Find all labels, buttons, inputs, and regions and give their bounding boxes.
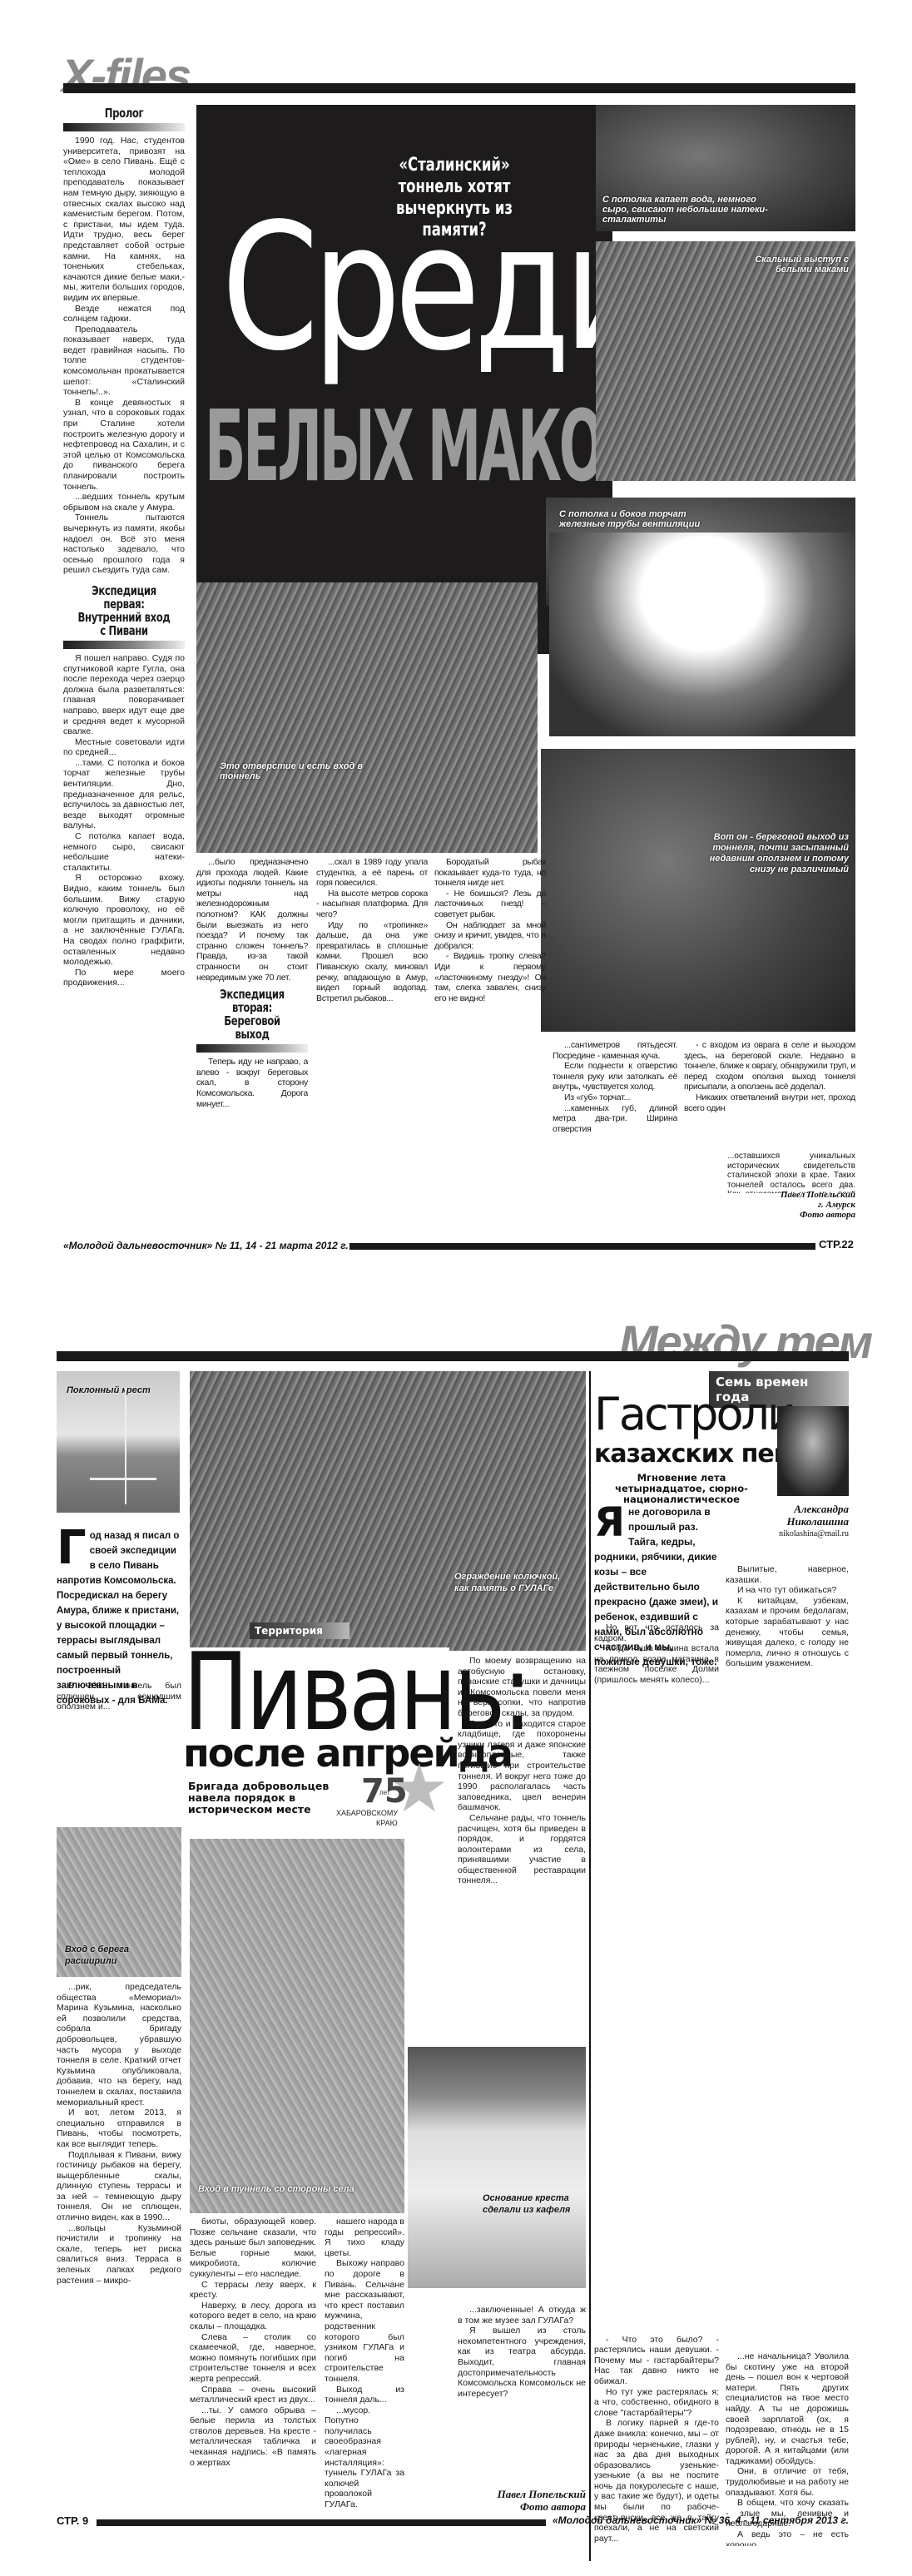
paragraph: Теперь иду не направо, а влево - вокруг … (196, 1057, 308, 1109)
paragraph: биоты, образующей ковер. Позже сельчане … (190, 2217, 316, 2280)
photo-credit: Фото автора (727, 1210, 855, 1220)
photo-shore-exit: Вот он - береговой выход из тоннеля, поч… (541, 749, 855, 1032)
badge-line1: ХАБАРОВСКОМУ (336, 1809, 398, 1817)
right-article-col1: Но вот что осталось за кадром. Когда наш… (594, 1622, 719, 2546)
paragraph: Бородатый рыбак показывает куда-то туда,… (434, 857, 546, 889)
paragraph: Преподаватель показывает наверх, туда ве… (63, 324, 185, 398)
paragraph: ...каменных губ, длиной метра два-три. Ш… (553, 1103, 677, 1135)
anniversary-badge: ★ 75 лет ХАБАРОВСКОМУ КРАЮ (331, 1772, 448, 1830)
paragraph: В 2011 тоннель был сплющен сошедшим опол… (57, 1681, 181, 1712)
caption-cross-base: Основание креста сделали из кафеля (483, 2192, 574, 2216)
paragraph: - с входом из оврага в селе и выходом зд… (684, 1040, 855, 1092)
paragraph: ...заключенные! А откуда ж в том же музе… (458, 2305, 586, 2326)
byline-page2-left: Павел Попельский Фото автора (458, 2488, 586, 2513)
photo-entrance: Это отверстие и есть вход в тоннель (196, 582, 538, 853)
paragraph: Наверху, в лесу, дорога из которого веде… (190, 2301, 316, 2332)
author-email[interactable]: nikolashina@mail.ru (749, 1528, 849, 1540)
paragraph: ...тами. С потолка и боков торчат железн… (63, 758, 185, 831)
paragraph: Если поднести к отверстию тоннеля руку и… (553, 1061, 677, 1092)
paragraph: ...мусор. Попутно получилась своеобразна… (325, 2405, 404, 2510)
paragraph: Слева – столик со скамеечкой, где, навер… (190, 2332, 316, 2385)
paragraph: С потолка капает вода, немного сыро, сви… (63, 831, 185, 873)
prologue-column: Пролог 1990 год. Нас, студентов универси… (63, 102, 185, 1216)
dropcap-g: Г (57, 1529, 87, 1568)
paragraph: Везде нежатся под солнцем гадюки. (63, 304, 185, 324)
caption-poppies: Скальный выступ с белыми маками (749, 255, 849, 275)
photo-shore-entrance: Вход с берега расширили (57, 1827, 181, 1977)
caption-stalactites: С потолка капает вода, немного сыро, сви… (602, 195, 769, 225)
author-name: Павел Попельский (727, 1190, 855, 1200)
byline-page1: Павел Попельский г. Амурск Фото автора (727, 1190, 855, 1220)
paragraph: - Видишь тропку слева? Иди к первому «ла… (434, 951, 546, 1003)
author-name: Павел Попельский (458, 2488, 586, 2500)
paragraph: Выход из тоннеля даль... (325, 2385, 404, 2405)
caption-cross: Поклонный крест (67, 1385, 151, 1396)
paragraph: Выхожу направо по дороге в Пивань. Сельч… (325, 2258, 404, 2384)
column-right-a: ...сантиметров пятьдесят. Посредине - ка… (553, 1040, 677, 1215)
paragraph: - Что это было? - растерялись наши девуш… (594, 2335, 719, 2387)
paragraph: И вот, летом 2013, я специально отправил… (57, 2108, 181, 2149)
footer-page-number-page1: СТР.22 (819, 1238, 854, 1251)
column-right-b: - с входом из оврага в селе и выходом зд… (684, 1040, 855, 1147)
paragraph: Вылитые, наверное, казашки. (726, 1564, 849, 1585)
paragraph: Там - то и находится старое кладбище, гд… (458, 1719, 586, 1813)
paragraph: К китайцам, узбекам, казахам и прочим бе… (726, 1596, 849, 1669)
photo-tunnel-arch (549, 533, 855, 736)
paragraph: ...вольцы Кузьминой почистили и тропинку… (57, 2223, 181, 2286)
paragraph: По моему возвращению на автобусную остан… (458, 1656, 586, 1719)
photo-poppies: Скальный выступ с белыми маками (596, 241, 855, 481)
paragraph: Из «губ» торчат... (553, 1092, 677, 1103)
paragraph: Он наблюдает за мной снизу и кричит, уви… (434, 920, 546, 952)
footer-rule-page1 (349, 1243, 815, 1250)
column-middle-c: Бородатый рыбак показывает куда-то туда,… (434, 857, 546, 1215)
dropcap-ya: Я (594, 1506, 625, 1539)
paragraph: ...ведших тоннель крутым обрывом на скал… (63, 492, 185, 513)
paragraph: ...скал в 1989 году упала студентка, а е… (316, 857, 428, 889)
paragraph: Но тут уже растерялась я: а что, собстве… (594, 2387, 719, 2419)
badge-unit: лет (379, 1789, 390, 1796)
caption-shore-entrance: Вход с берега расширили (65, 1944, 181, 1967)
badge-line2: КРАЮ (376, 1819, 398, 1827)
left-article-col3: нашего народа в годы репрессий». Я тихо … (325, 2217, 404, 2549)
section-title-xfiles: X-files (62, 48, 190, 102)
left-article-col4-bottom: ...заключенные! А откуда ж в том же музе… (458, 2305, 586, 2455)
paragraph: Сельчане рады, что тоннель расчищен, хот… (458, 1813, 586, 1886)
expedition1-heading: Экспедиция первая: Внутренний вход с Пив… (77, 584, 171, 637)
paragraph: А ведь это – не есть хорошо. (726, 2529, 849, 2546)
paragraph: Никаких ответвлений внутри нет, проход в… (684, 1092, 855, 1113)
article-divider (589, 1371, 591, 2561)
paragraph: В конце девяностых я узнал, что в сороко… (63, 398, 185, 492)
author-block: Александра Николашина nikolashina@mail.r… (749, 1503, 849, 1540)
photo-stalactites: С потолка капает вода, немного сыро, сви… (596, 105, 855, 231)
expedition1-divider (63, 641, 185, 649)
footer-publication-page1: «Молодой дальневосточник» № 11, 14 - 21 … (63, 1240, 349, 1251)
right-article-col2: Вылитые, наверное, казашки. И на что тут… (726, 1564, 849, 2546)
author-portrait (777, 1406, 849, 1496)
photo-cross: Поклонный крест (57, 1371, 180, 1513)
author-name-line1: Александра (749, 1503, 849, 1515)
paragraph: С террасы лезу вверх, к кресту. (190, 2280, 316, 2301)
photo-credit: Фото автора (458, 2500, 586, 2513)
prologue-divider (63, 123, 185, 131)
paragraph: Подплывая к Пивани, вижу гостиницу рыбак… (57, 2150, 181, 2223)
left-article-col4: По моему возвращению на автобусную остан… (458, 1656, 586, 2039)
paragraph: ...было предназначено для прохода людей.… (196, 857, 308, 983)
paragraph: ...ты. У самого обрыва – белые перила из… (190, 2405, 316, 2469)
expedition2-divider (196, 1044, 308, 1053)
paragraph: Я осторожно вхожу. Видно, каким тоннель … (63, 873, 185, 967)
author-city: г. Амурск (727, 1200, 855, 1210)
paragraph: Иду по «тропинке» дальше, да она уже пре… (316, 920, 428, 1004)
paragraph: Когда наша машина встала на прикол возле… (594, 1643, 719, 1685)
caption-shore-exit: Вот он - береговой выход из тоннеля, поч… (682, 832, 849, 875)
photo-village-entrance: Вход в туннель со стороны села (190, 1839, 404, 2213)
headline-gastroli: Гастроли (594, 1391, 769, 1438)
prologue-heading: Пролог (77, 107, 171, 120)
left-article-col1: ...рик, председатель общества «Мемориал»… (57, 1982, 181, 2548)
paragraph: ...не начальница? Уволила бы скотину уже… (726, 2351, 849, 2467)
column-middle-b: ...скал в 1989 году упала студентка, а е… (316, 857, 428, 1215)
footer-page-number-page2: СТР. 9 (57, 2514, 88, 2527)
paragraph: - Не боишься? Лезь до ласточкиных гнезд!… (434, 889, 546, 920)
paragraph: На высоте метров сорока - насыпная платф… (316, 889, 428, 920)
paragraph: Справа – очень высокий металлический кре… (190, 2385, 316, 2405)
paragraph: Тоннель пытаются вычеркнуть из памяти, я… (63, 513, 185, 576)
headline-belyh-makov: белых маков (205, 396, 641, 496)
photo-barbed-wire: Ограждение колючкой, как память о ГУЛАГе (190, 1371, 586, 1651)
column-middle-a: ...было предназначено для прохода людей.… (196, 857, 308, 1215)
paragraph: нашего народа в годы репрессий». Я тихо … (325, 2217, 404, 2258)
paragraph: Я пошел направо. Судя по спутниковой кар… (63, 653, 185, 737)
author-name-line2: Николашина (749, 1515, 849, 1528)
header-rule-page2 (57, 1351, 849, 1361)
footer-publication-page2: «Молодой дальневосточник» № 36, 4 - 11 с… (553, 2514, 849, 2526)
left-article-col1-top: В 2011 тоннель был сплющен сошедшим опол… (57, 1681, 181, 1747)
paragraph: По мере моего продвижения... (63, 968, 185, 988)
caption-village-entrance: Вход в туннель со стороны села (198, 2183, 354, 2195)
expedition2-heading: Экспедиция вторая: Береговой выход (209, 988, 296, 1041)
footer-rule-page2 (97, 2519, 546, 2526)
headline-sredi: Среди (221, 205, 648, 371)
caption-entrance: Это отверстие и есть вход в тоннель (220, 761, 369, 781)
paragraph: ...сантиметров пятьдесят. Посредине - ка… (553, 1040, 677, 1061)
closing-paragraph: ...оставшихся уникальных исторических св… (727, 1152, 855, 1193)
cross-shape-vertical (125, 1388, 126, 1504)
paragraph: ...рик, председатель общества «Мемориал»… (57, 1982, 181, 2108)
paragraph: И на что тут обижаться? (726, 1585, 849, 1596)
header-rule (63, 83, 855, 93)
paragraph: Они, в отличие от тебя, трудолюбивые и н… (726, 2466, 849, 2498)
headline-gastroli-text: Гастроли (594, 1388, 794, 1440)
cross-shape-horizontal (90, 1478, 156, 1480)
caption-barbed-wire: Ограждение колючкой, как память о ГУЛАГе (454, 1571, 571, 1594)
paragraph: Но вот что осталось за кадром. (594, 1622, 719, 1643)
paragraph: Я вышел из столь некомпетентного учрежде… (458, 2326, 586, 2399)
paragraph: 1990 год. Нас, студентов университета, п… (63, 136, 185, 304)
caption-ventilation: С потолка и боков торчат железные трубы … (559, 509, 726, 529)
photo-cross-base: Основание креста сделали из кафеля (408, 2047, 586, 2288)
subhead-pivan: Бригада добровольцев навела порядок в ис… (188, 1781, 330, 1816)
paragraph: Местные советовали идти по средней... (63, 737, 185, 758)
left-article-col2: биоты, образующей ковер. Позже сельчане … (190, 2217, 316, 2549)
